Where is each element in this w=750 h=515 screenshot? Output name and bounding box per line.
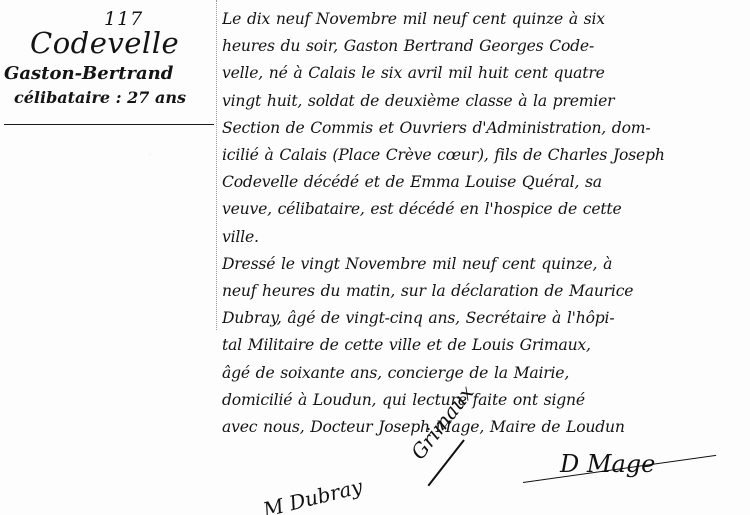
body-line: tal Militaire de cette ville et de Louis… bbox=[222, 332, 748, 359]
body-line: Le dix neuf Novembre mil neuf cent quinz… bbox=[222, 6, 748, 33]
margin-divider bbox=[216, 0, 217, 330]
body-line: heures du soir, Gaston Bertrand Georges … bbox=[222, 33, 748, 60]
deceased-surname: Codevelle bbox=[30, 26, 179, 60]
body-line: Codevelle décédé et de Emma Louise Quéra… bbox=[222, 169, 748, 196]
body-line: âgé de soixante ans, concierge de la Mai… bbox=[222, 360, 748, 387]
signatures-area: M Dubray Grimaux D Mage bbox=[0, 420, 750, 515]
body-line: Dubray, âgé de vingt-cinq ans, Secrétair… bbox=[222, 305, 748, 332]
body-line: domicilié à Loudun, qui lecture faite on… bbox=[222, 387, 748, 414]
body-line: ville. bbox=[222, 224, 748, 251]
signature-declarant-dubray: M Dubray bbox=[261, 474, 365, 515]
document-page: 117 Codevelle Gaston-Bertrand célibatair… bbox=[0, 0, 750, 515]
body-line: velle, né à Calais le six avril mil huit… bbox=[222, 60, 748, 87]
body-line: icilié à Calais (Place Crève cœur), fils… bbox=[222, 142, 748, 169]
margin-underline bbox=[4, 124, 214, 125]
deceased-given-names: Gaston-Bertrand bbox=[4, 63, 173, 84]
body-line: Section de Commis et Ouvriers d'Administ… bbox=[222, 115, 748, 142]
body-line: neuf heures du matin, sur la déclaration… bbox=[222, 278, 748, 305]
body-line: vingt huit, soldat de deuxième classe à … bbox=[222, 88, 748, 115]
civil-status-age: célibataire : 27 ans bbox=[14, 88, 186, 107]
body-line: veuve, célibataire, est décédé en l'hosp… bbox=[222, 196, 748, 223]
body-line: Dressé le vingt Novembre mil neuf cent q… bbox=[222, 251, 748, 278]
record-body: Le dix neuf Novembre mil neuf cent quinz… bbox=[222, 6, 748, 441]
